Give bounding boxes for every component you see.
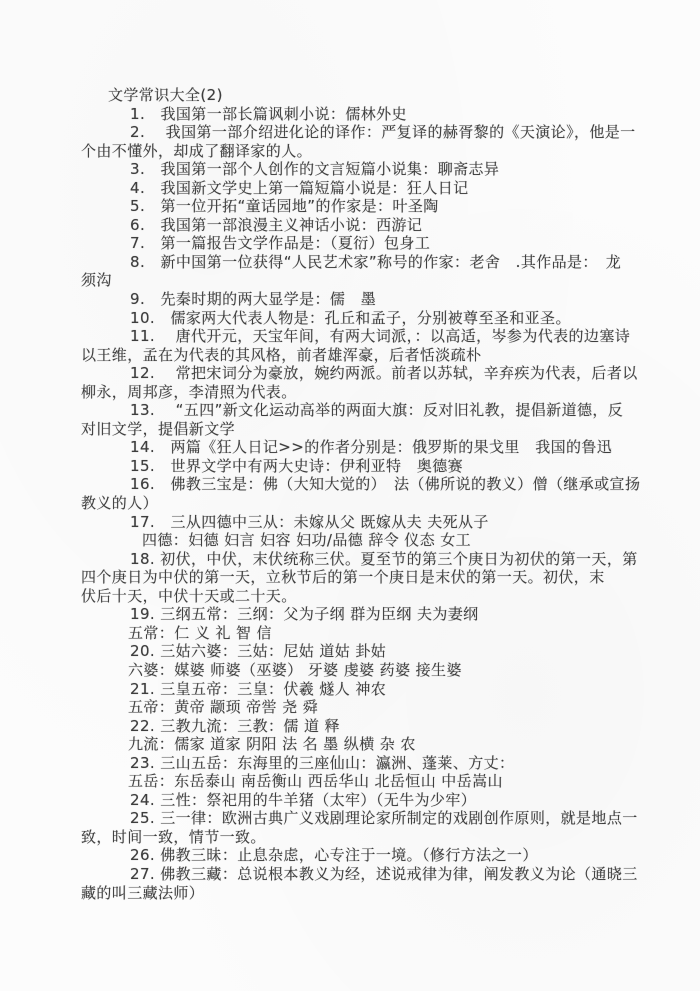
text-line: 1. 我国第一部长篇讽刺小说：儒林外史 [81, 105, 680, 124]
text-line: 15. 世界文学中有两大史诗：伊利亚特 奥德赛 [81, 457, 680, 476]
text-line: 23. 三山五岳：东海里的三座仙山：瀛洲、蓬莱、方丈： [81, 754, 680, 773]
text-line: 四德：妇德 妇言 妇容 妇功/品德 辞令 仪态 女工 [81, 531, 680, 550]
text-line: 8. 新中国第一位获得“人民艺术家”称号的作家：老舍 .其作品是： 龙 [81, 253, 680, 272]
text-line: 27. 佛教三藏：总说根本教义为经，述说戒律为律，阐发教义为论（通晓三 [81, 865, 680, 884]
text-line: 2. 我国第一部介绍进化论的译作：严复译的赫胥黎的《天演论》，他是一 [81, 123, 680, 142]
text-line: 九流：儒家 道家 阴阳 法 名 墨 纵横 杂 农 [81, 735, 680, 754]
text-line: 藏的叫三藏法师） [81, 884, 680, 903]
text-line: 5. 第一位开拓“童话园地”的作家是：叶圣陶 [81, 197, 680, 216]
text-line: 16. 佛教三宝是：佛（大知大觉的） 法（佛所说的教义）僧（继承或宣扬 [81, 475, 680, 494]
text-line: 致，时间一致，情节一致。 [81, 828, 680, 847]
text-line: 五岳：东岳泰山 南岳衡山 西岳华山 北岳恒山 中岳嵩山 [81, 772, 680, 791]
text-line: 22. 三教九流：三教：儒 道 释 [81, 717, 680, 736]
text-line: 六婆：媒婆 师婆（巫婆） 牙婆 虔婆 药婆 接生婆 [81, 661, 680, 680]
text-line: 对旧文学，提倡新文学 [81, 420, 680, 439]
text-line: 6. 我国第一部浪漫主义神话小说：西游记 [81, 216, 680, 235]
text-line: 伏后十天，中伏十天或二十天。 [81, 587, 680, 606]
document-body: 1. 我国第一部长篇讽刺小说：儒林外史2. 我国第一部介绍进化论的译作：严复译的… [81, 105, 680, 903]
text-line: 19. 三纲五常：三纲：父为子纲 群为臣纲 夫为妻纲 [81, 605, 680, 624]
text-line: 26. 佛教三昧：止息杂虑，心专注于一境。（修行方法之一） [81, 846, 680, 865]
text-line: 20. 三姑六婆：三姑：尼姑 道姑 卦姑 [81, 642, 680, 661]
text-line: 4. 我国新文学史上第一篇短篇小说是：狂人日记 [81, 179, 680, 198]
text-line: 10. 儒家两大代表人物是：孔丘和孟子，分别被尊至圣和亚圣。 [81, 309, 680, 328]
text-line: 9. 先秦时期的两大显学是：儒 墨 [81, 290, 680, 309]
text-line: 须沟 [81, 271, 680, 290]
text-line: 五常：仁 义 礼 智 信 [81, 624, 680, 643]
text-line: 7. 第一篇报告文学作品是：（夏衍）包身工 [81, 234, 680, 253]
text-line: 25. 三一律：欧洲古典广义戏剧理论家所制定的戏剧创作原则，就是地点一 [81, 809, 680, 828]
text-line: 个由不懂外，却成了翻译家的人。 [81, 142, 680, 161]
text-line: 柳永，周邦彦，李清照为代表。 [81, 383, 680, 402]
text-line: 21. 三皇五帝：三皇：伏羲 燧人 神农 [81, 680, 680, 699]
text-line: 24. 三性：祭祀用的牛羊猪（太牢）（无牛为少牢） [81, 791, 680, 810]
text-line: 11. 唐代开元，天宝年间，有两大词派，：以高适，岑参为代表的边塞诗 [81, 327, 680, 346]
text-line: 以王维，孟在为代表的其风格，前者雄浑豪，后者恬淡疏朴 [81, 346, 680, 365]
text-line: 教义的人） [81, 494, 680, 513]
text-line: 12. 常把宋词分为豪放，婉约两派。前者以苏轼，辛弃疾为代表，后者以 [81, 364, 680, 383]
text-line: 四个庚日为中伏的第一天，立秋节后的第一个庚日是末伏的第一天。初伏，末 [81, 568, 680, 587]
text-line: 3. 我国第一部个人创作的文言短篇小说集：聊斋志异 [81, 160, 680, 179]
text-line: 13. “五四”新文化运动高举的两面大旗：反对旧礼教，提倡新道德，反 [81, 401, 680, 420]
text-line: 17. 三从四德中三从：未嫁从父 既嫁从夫 夫死从子 [81, 513, 680, 532]
document-page: 文学常识大全(2) 1. 我国第一部长篇讽刺小说：儒林外史2. 我国第一部介绍进… [0, 0, 700, 991]
text-line: 14. 两篇《狂人日记>>的作者分别是：俄罗斯的果戈里 我国的鲁迅 [81, 438, 680, 457]
text-line: 18. 初伏，中伏，末伏统称三伏。夏至节的第三个庚日为初伏的第一天，第 [81, 550, 680, 569]
document-title: 文学常识大全(2) [81, 86, 680, 105]
text-line: 五帝：黄帝 颛顼 帝喾 尧 舜 [81, 698, 680, 717]
